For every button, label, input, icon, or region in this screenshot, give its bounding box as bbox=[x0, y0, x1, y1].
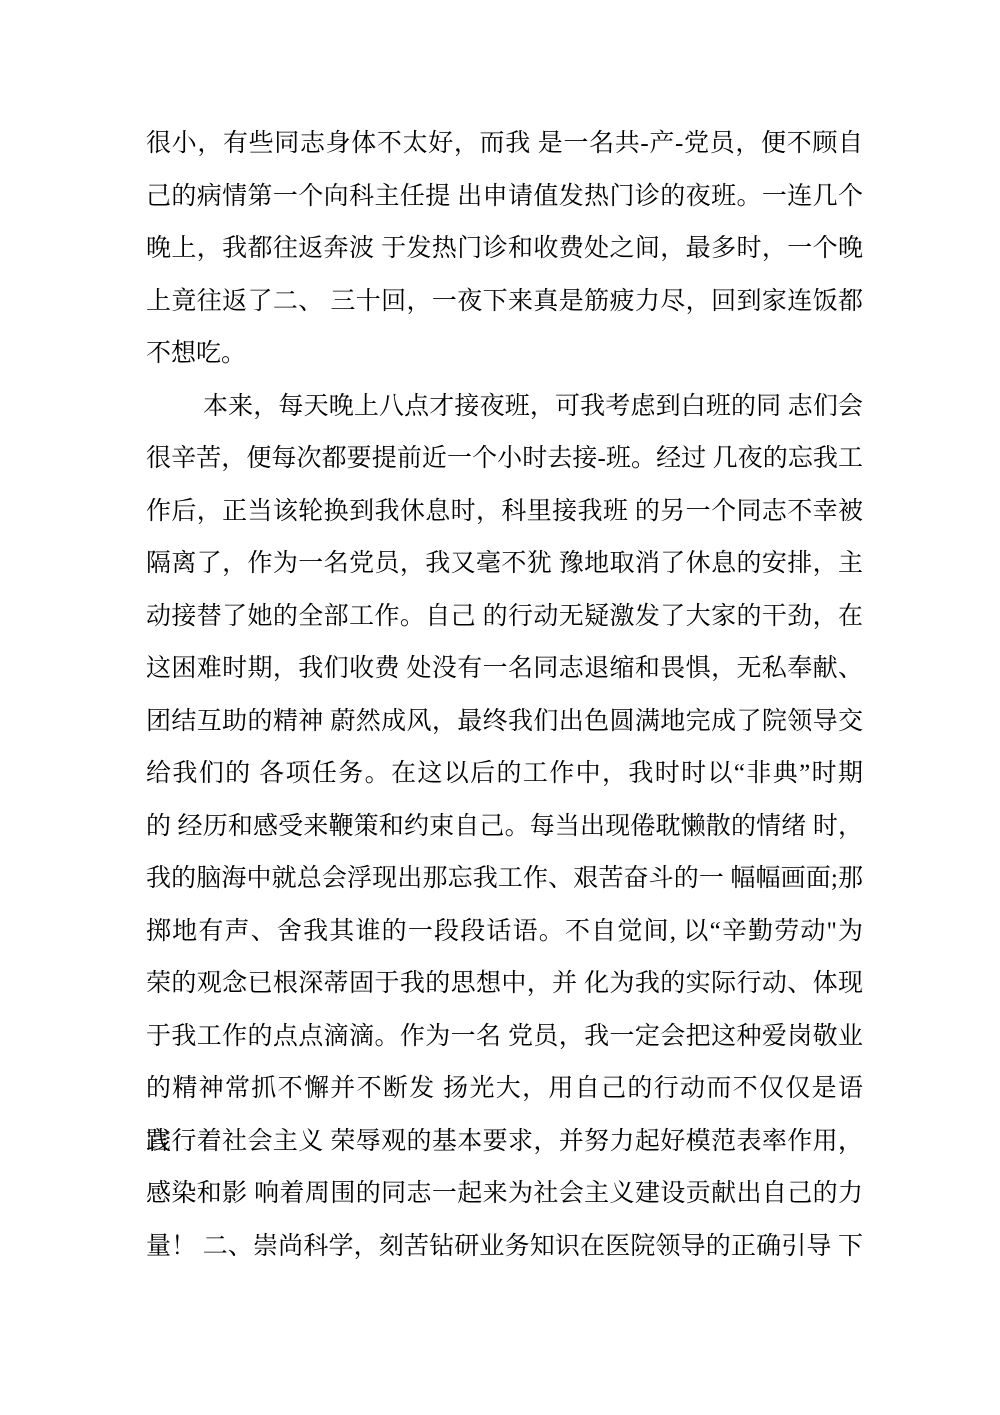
text-line: 我的脑海中就总会浮现出那忘我工作、艰苦奋斗的一 幅幅画面;那 bbox=[146, 853, 863, 906]
text-line: 很辛苦，便每次都要提前近一个小时去接-班。经过 几夜的忘我工 bbox=[146, 433, 863, 486]
text-line: 晚上，我都往返奔波 于发热门诊和收费处之间，最多时，一个晚 bbox=[146, 223, 863, 276]
text-line: 很小，有些同志身体不太好，而我 是一名共-产-党员，便不顾自 bbox=[146, 118, 863, 171]
paragraph: 本来，每天晚上八点才接夜班，可我考虑到白班的同 志们会 很辛苦，便每次都要提前近… bbox=[146, 381, 863, 1274]
text-line: 掷地有声、舍我其谁的一段段话语。不自觉间, 以“辛勤劳动"为 bbox=[146, 906, 863, 959]
document-page: 很小，有些同志身体不太好，而我 是一名共-产-党员，便不顾自 己的病情第一个向科… bbox=[0, 0, 1000, 1415]
text-line: 感染和影 响着周围的同志一起来为社会主义建设贡献出自己的力 bbox=[146, 1168, 863, 1221]
text-line: 作后，正当该轮换到我休息时，科里接我班 的另一个同志不幸被 bbox=[146, 486, 863, 539]
text-line: 己的病情第一个向科主任提 出申请值发热门诊的夜班。一连几个 bbox=[146, 171, 863, 224]
text-line: 荣的观念已根深蒂固于我的思想中，并 化为我的实际行动、体现 bbox=[146, 958, 863, 1011]
text-line: 这困难时期，我们收费 处没有一名同志退缩和畏惧，无私奉献、 bbox=[146, 643, 863, 696]
text-line: 本来，每天晚上八点才接夜班，可我考虑到白班的同 志们会 bbox=[146, 381, 863, 434]
text-line: 隔离了，作为一名党员，我又毫不犹 豫地取消了休息的安排，主 bbox=[146, 538, 863, 591]
text-line: 动接替了她的全部工作。自己 的行动无疑激发了大家的干劲，在 bbox=[146, 591, 863, 644]
paragraph: 很小，有些同志身体不太好，而我 是一名共-产-党员，便不顾自 己的病情第一个向科… bbox=[146, 118, 863, 381]
text-line: 上竟往返了二、 三十回，一夜下来真是筋疲力尽，回到家连饭都 bbox=[146, 276, 863, 329]
text-line: 的 经历和感受来鞭策和约束自己。每当出现倦耽懒散的情绪 时， bbox=[146, 801, 863, 854]
text-line: 量！ 二、崇尚科学，刻苦钻研业务知识在医院领导的正确引导 下 bbox=[146, 1221, 863, 1274]
text-block: 很小，有些同志身体不太好，而我 是一名共-产-党员，便不顾自 己的病情第一个向科… bbox=[146, 118, 863, 1273]
text-line: 不想吃。 bbox=[146, 328, 863, 381]
text-line: 给我们的 各项任务。在这以后的工作中，我时时以“非典”时期 bbox=[146, 748, 863, 801]
text-line: 的精神常抓不懈并不断发 扬光大，用自己的行动而不仅仅是语言， bbox=[146, 1063, 863, 1116]
text-line: 践行着社会主义 荣辱观的基本要求，并努力起好模范表率作用， bbox=[146, 1116, 863, 1169]
text-line: 于我工作的点点滴滴。作为一名 党员，我一定会把这种爱岗敬业 bbox=[146, 1011, 863, 1064]
text-line: 团结互助的精神 蔚然成风，最终我们出色圆满地完成了院领导交 bbox=[146, 696, 863, 749]
